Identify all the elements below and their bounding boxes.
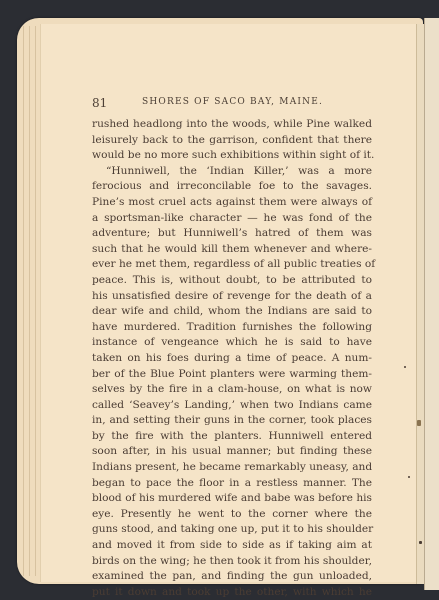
text-line: began to pace the floor in a restless ma…: [92, 476, 372, 492]
text-line: “Hunniwell, the ‘Indian Killer,’ was a m…: [92, 164, 372, 180]
text-line: put it down and took up the other, with …: [92, 585, 372, 600]
text-line: instance of vengeance which he is said t…: [92, 335, 372, 351]
text-line: birds on the wing; he then took it from …: [92, 554, 372, 570]
text-line: such that he would kill them whenever an…: [92, 242, 372, 258]
paper-speck: [408, 476, 410, 478]
text-line: in, and setting their guns in the corner…: [92, 413, 372, 429]
binding-gutter: [416, 24, 424, 584]
text-line: called ‘Seavey’s Landing,’ when two Indi…: [92, 398, 372, 414]
text-line: selves by the fire in a clam-house, on w…: [92, 382, 372, 398]
binding-thread: [417, 420, 421, 426]
text-line: dear wife and child, whom the Indians ar…: [92, 304, 372, 320]
paper-speck: [404, 366, 406, 368]
text-line: ber of the Blue Point planters were warm…: [92, 367, 372, 383]
page-number: 81: [92, 96, 107, 110]
facing-page-edge: [424, 18, 439, 590]
text-line: ever he met them, regardless of all publ…: [92, 257, 372, 273]
page-edge-line: [29, 26, 30, 576]
text-line: eye. Presently he went to the corner whe…: [92, 507, 372, 523]
text-line: Indians present, he became remarkably un…: [92, 460, 372, 476]
text-line: guns stood, and taking one up, put it to…: [92, 522, 372, 538]
text-line: examined the pan, and finding the gun un…: [92, 569, 372, 585]
text-line: a sportsman-like character — he was fond…: [92, 211, 372, 227]
running-head: SHORES OF SACO BAY, MAINE.: [142, 97, 323, 107]
text-line: taken on his foes during a time of peace…: [92, 351, 372, 367]
text-line: by the fire with the planters. Hunniwell…: [92, 429, 372, 445]
text-line: would be no more such exhibitions within…: [92, 148, 372, 164]
text-line: have murdered. Tradition furnishes the f…: [92, 320, 372, 336]
paper-speck: [419, 541, 422, 544]
text-line: leisurely back to the garrison, confiden…: [92, 133, 372, 149]
text-line: soon after, in his usual manner; but fin…: [92, 444, 372, 460]
page-edge-line: [23, 26, 24, 576]
page-edge-line: [35, 26, 36, 576]
text-line: peace. This is, without doubt, to be att…: [92, 273, 372, 289]
body-text: rushed headlong into the woods, while Pi…: [92, 117, 372, 600]
text-line: Pine’s most cruel acts against them were…: [92, 195, 372, 211]
text-line: his unsatisfied desire of revenge for th…: [92, 289, 372, 305]
text-line: and moved it from side to side as if tak…: [92, 538, 372, 554]
text-line: adventure; but Hunniwell’s hatred of the…: [92, 226, 372, 242]
text-line: blood of his murdered wife and babe was …: [92, 491, 372, 507]
text-line: rushed headlong into the woods, while Pi…: [92, 117, 372, 133]
text-line: ferocious and irreconcilable foe to the …: [92, 179, 372, 195]
